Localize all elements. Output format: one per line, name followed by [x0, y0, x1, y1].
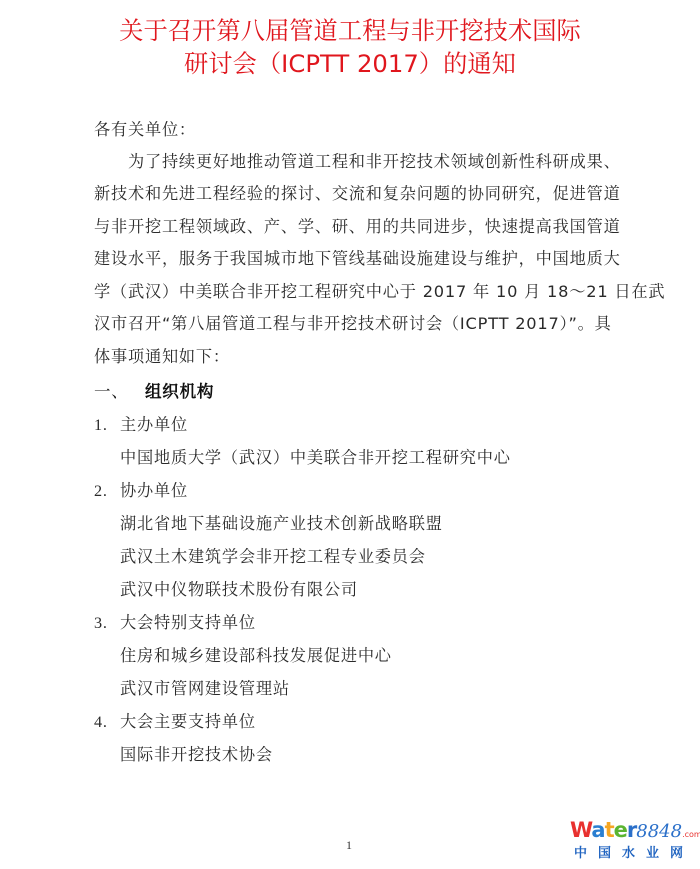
item-label: 大会特别支持单位 — [120, 613, 256, 632]
logo-letter: t — [605, 818, 614, 842]
item-number: 2. — [94, 481, 120, 501]
paragraph-line: 建设水平，服务于我国城市地下管线基础设施建设与维护，中国地质大 — [94, 249, 606, 269]
water8848-logo: Water8848.com 中国水业网 — [570, 819, 695, 863]
section-number: 一、 — [94, 382, 145, 402]
list-entry: 武汉市管网建设管理站 — [120, 679, 290, 699]
list-entry: 住房和城乡建设部科技发展促进中心 — [120, 646, 392, 666]
list-item-co-organizer: 2.协办单位 — [94, 481, 188, 501]
page-number: 1 — [346, 838, 352, 853]
logo-letter: a — [591, 818, 604, 842]
item-label: 协办单位 — [120, 481, 188, 500]
list-entry: 湖北省地下基础设施产业技术创新战略联盟 — [120, 514, 443, 534]
list-entry: 武汉土木建筑学会非开挖工程专业委员会 — [120, 547, 426, 567]
item-number: 1. — [94, 415, 120, 435]
paragraph-line: 新技术和先进工程经验的探讨、交流和复杂问题的协同研究，促进管道 — [94, 184, 606, 204]
paragraph-line: 体事项通知如下： — [94, 347, 606, 367]
logo-chinese-name: 中国水业网 — [570, 846, 695, 862]
list-item-main-support: 4.大会主要支持单位 — [94, 712, 256, 732]
section-title: 组织机构 — [145, 382, 214, 401]
item-label: 大会主要支持单位 — [120, 712, 256, 731]
list-entry: 国际非开挖技术协会 — [120, 745, 273, 765]
item-label: 主办单位 — [120, 415, 188, 434]
logo-suffix: .com — [682, 830, 700, 839]
item-number: 3. — [94, 613, 120, 633]
paragraph-line: 学（武汉）中美联合非开挖工程研究中心于 2017 年 10 月 18～21 日在… — [94, 282, 606, 302]
section-heading: 一、组织机构 — [94, 382, 214, 402]
paragraph-line: 汉市召开“第八届管道工程与非开挖技术研讨会（ICPTT 2017）”。具 — [94, 314, 606, 334]
paragraph-line: 为了持续更好地推动管道工程和非开挖技术领域创新性科研成果、 — [94, 152, 606, 172]
item-number: 4. — [94, 712, 120, 732]
document-title-line-2: 研讨会（ICPTT 2017）的通知 — [0, 49, 700, 79]
logo-letter: W — [570, 818, 591, 842]
salutation: 各有关单位： — [94, 120, 196, 140]
document-title-line-1: 关于召开第八届管道工程与非开挖技术国际 — [0, 16, 700, 46]
paragraph-line: 与非开挖工程领域政、产、学、研、用的共同进步，快速提高我国管道 — [94, 217, 606, 237]
logo-wordmark: Water8848.com — [570, 819, 695, 846]
list-item-host: 1.主办单位 — [94, 415, 188, 435]
list-entry: 武汉中仪物联技术股份有限公司 — [120, 580, 358, 600]
list-entry: 中国地质大学（武汉）中美联合非开挖工程研究中心 — [120, 448, 511, 468]
logo-letter: r — [627, 818, 636, 842]
logo-letter: e — [614, 818, 627, 842]
logo-number: 8848 — [636, 821, 682, 842]
list-item-special-support: 3.大会特别支持单位 — [94, 613, 256, 633]
